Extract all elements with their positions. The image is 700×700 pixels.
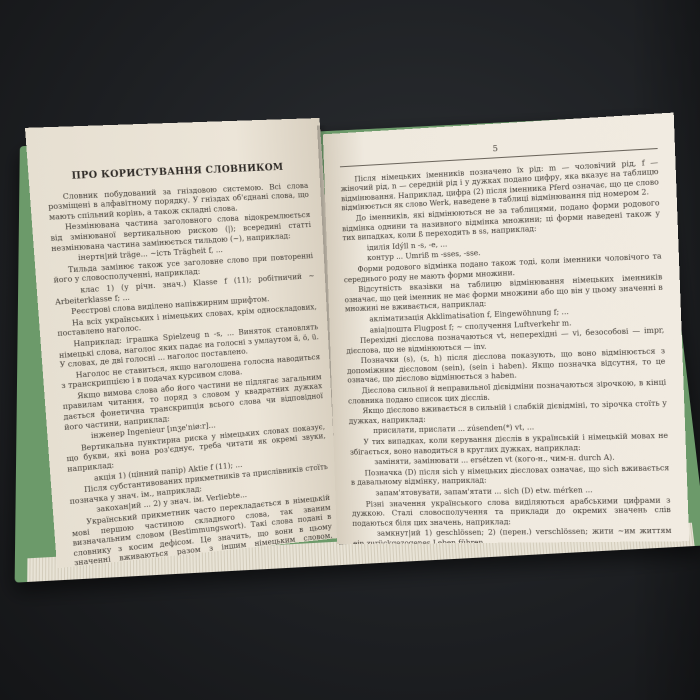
section-title: ПРО КОРИСТУВАННЯ СЛОВНИКОМ xyxy=(46,163,307,184)
example-entry: замкнут|ий 1) geschlössen; 2) (перен.) v… xyxy=(353,526,672,544)
right-page-body: Після німецьких іменників позначено їх р… xyxy=(340,157,674,544)
left-page: ПРО КОРИСТУВАННЯ СЛОВНИКОМ Словник побуд… xyxy=(25,118,348,568)
paragraph: Різні значення українського слова виділя… xyxy=(352,495,672,528)
right-page: 5 Після німецьких іменників позначено їх… xyxy=(323,113,689,545)
left-page-body: Словник побудований за гніздовою системо… xyxy=(47,180,335,568)
